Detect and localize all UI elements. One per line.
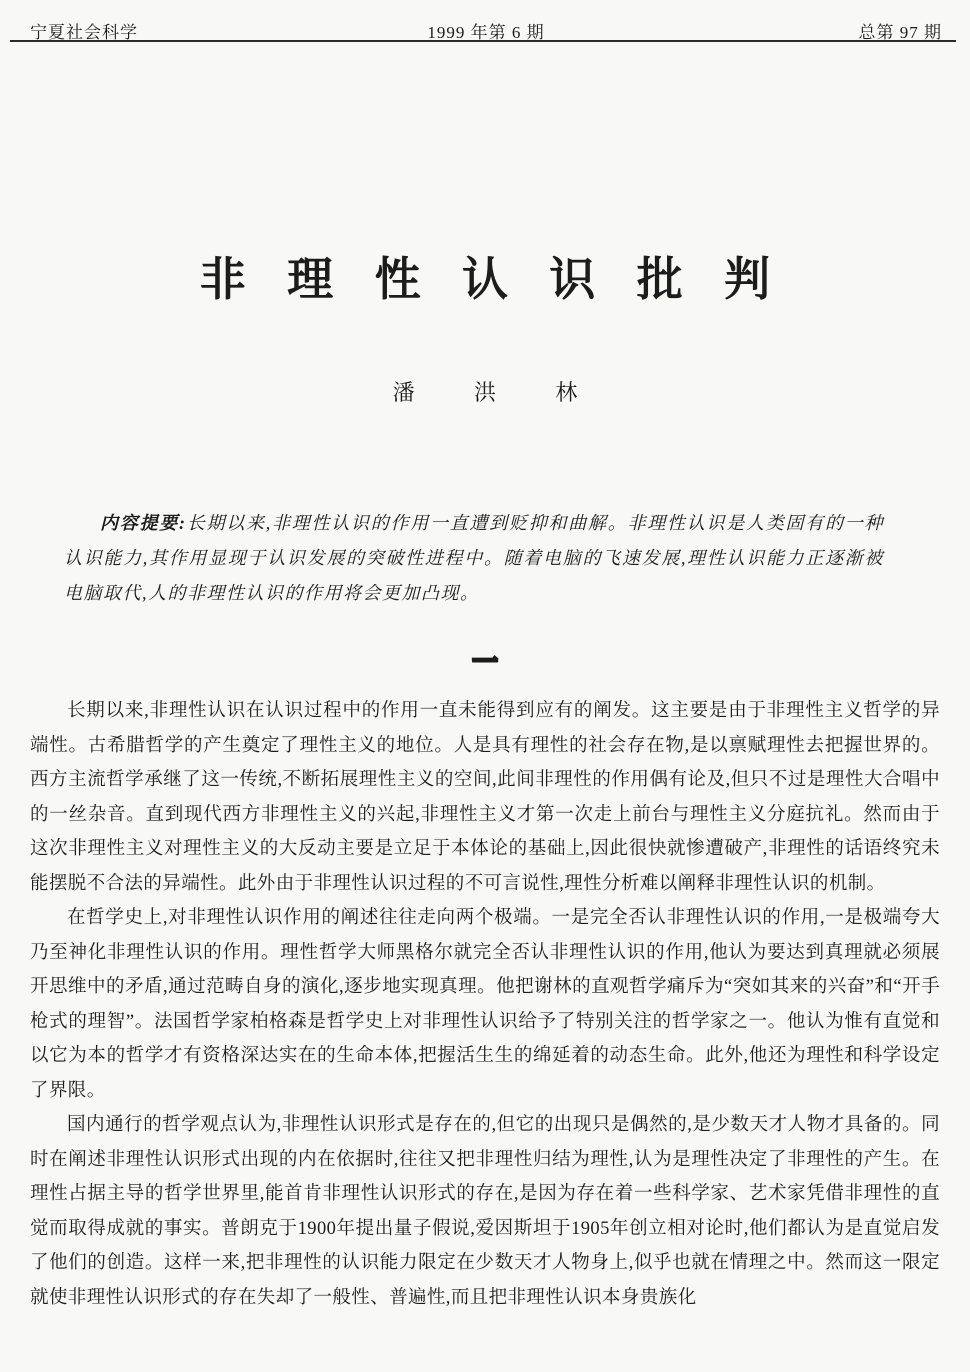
author-name: 潘洪林 — [0, 376, 970, 407]
journal-page: 宁夏社会科学 1999 年第 6 期 总第 97 期 非理性认识批判 潘洪林 内… — [0, 0, 970, 1372]
paragraph-3: 国内通行的哲学观点认为,非理性认识形式是存在的,但它的出现只是偶然的,是少数天才… — [30, 1108, 940, 1315]
abstract-label: 内容提要: — [100, 513, 187, 533]
paragraph-1: 长期以来,非理性认识在认识过程中的作用一直未能得到应有的阐发。这主要是由于非理性… — [30, 694, 940, 901]
abstract: 内容提要:长期以来,非理性认识的作用一直遭到贬抑和曲解。非理性认识是人类固有的一… — [64, 506, 884, 611]
article-title: 非理性认识批判 — [0, 243, 970, 309]
paragraph-2: 在哲学史上,对非理性认识作用的阐述往往走向两个极端。一是完全否认非理性认识的作用… — [30, 901, 940, 1108]
article-body: 长期以来,非理性认识在认识过程中的作用一直未能得到应有的阐发。这主要是由于非理性… — [30, 694, 940, 1315]
section-divider: 一 — [0, 640, 970, 680]
header-rule — [10, 40, 956, 42]
abstract-text: 长期以来,非理性认识的作用一直遭到贬抑和曲解。非理性认识是人类固有的一种认识能力… — [64, 513, 884, 603]
